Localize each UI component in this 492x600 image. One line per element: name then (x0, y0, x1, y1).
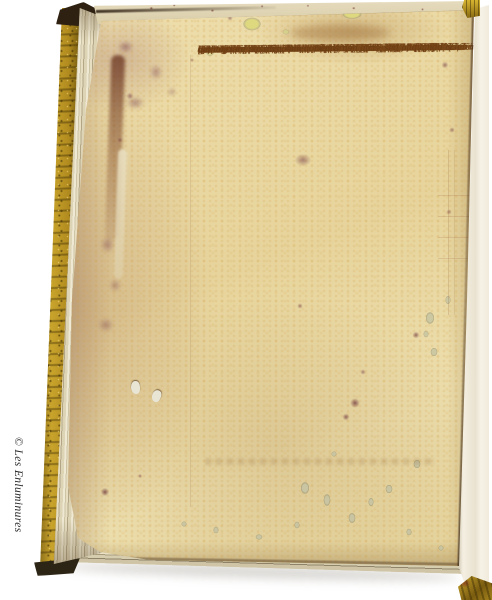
paint-chip (131, 381, 140, 394)
text-show-through (205, 458, 435, 465)
parchment-leaf: retig m alkq· cū eū turba cōpnuerit· Den… (64, 9, 476, 569)
manuscript-line: catholici ee possitis· Amen· Deo gras· (198, 44, 354, 57)
manuscript-text-block: retig m alkq· cū eū turba cōpnuerit· Den… (198, 43, 452, 460)
copyright-credit: © Les Enluminures (8, 437, 24, 579)
smudge-top (290, 25, 390, 41)
ruling-line-left (190, 55, 191, 507)
manuscript-photo: retig m alkq· cū eū turba cōpnuerit· Den… (0, 0, 492, 600)
